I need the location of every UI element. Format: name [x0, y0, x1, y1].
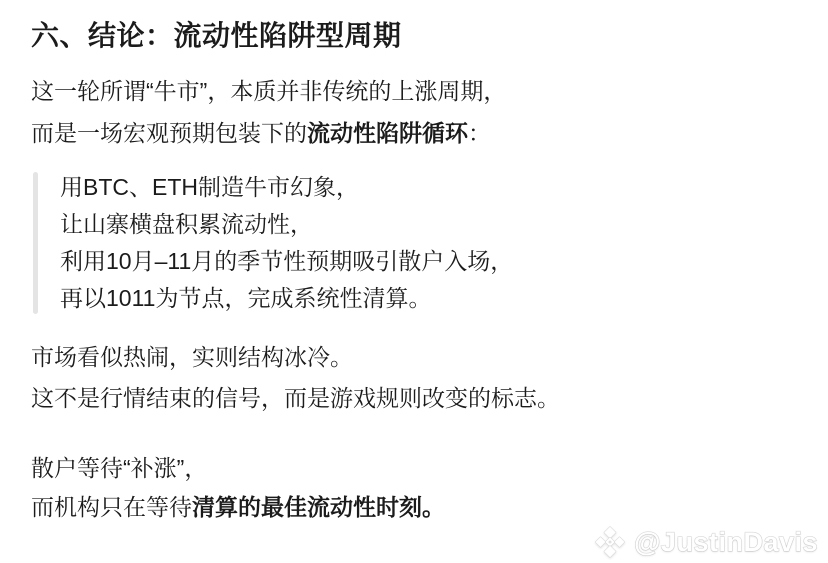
- intro-line-2-text: 而是一场宏观预期包装下的: [31, 120, 307, 146]
- page-title: 六、结论：流动性陷阱型周期: [31, 20, 800, 52]
- closing-line-1: 散户等待“补涨”，: [31, 449, 800, 488]
- market-line-2: 这不是行情结束的信号，而是游戏规则改变的标志。: [31, 378, 800, 419]
- quote-line: 用BTC、ETH制造牛市幻象，: [60, 169, 800, 206]
- closing-paragraph: 散户等待“补涨”， 而机构只在等待清算的最佳流动性时刻。: [31, 449, 800, 527]
- watermark-handle: @JustinDavis: [634, 527, 818, 558]
- quote-line: 再以1011为节点，完成系统性清算。: [60, 280, 800, 317]
- quote-block: 用BTC、ETH制造牛市幻象， 让山寨横盘积累流动性， 利用10月–11月的季节…: [31, 169, 800, 317]
- watermark: @JustinDavis: [593, 525, 818, 559]
- market-line-1: 市场看似热闹，实则结构冰冷。: [31, 337, 800, 378]
- closing-line-2: 而机构只在等待清算的最佳流动性时刻。: [31, 488, 800, 527]
- intro-line-2: 而是一场宏观预期包装下的流动性陷阱循环：: [31, 112, 800, 154]
- intro-line-1: 这一轮所谓“牛市”，本质并非传统的上涨周期，: [31, 70, 800, 112]
- closing-line-2-text: 而机构只在等待: [31, 494, 192, 520]
- intro-paragraph: 这一轮所谓“牛市”，本质并非传统的上涨周期， 而是一场宏观预期包装下的流动性陷阱…: [31, 70, 800, 154]
- binance-logo-icon: [593, 525, 627, 559]
- market-paragraph: 市场看似热闹，实则结构冰冷。 这不是行情结束的信号，而是游戏规则改变的标志。: [31, 337, 800, 419]
- quote-line: 让山寨横盘积累流动性，: [60, 206, 800, 243]
- quote-line: 利用10月–11月的季节性预期吸引散户入场，: [60, 243, 800, 280]
- closing-line-2-bold: 清算的最佳流动性时刻。: [192, 494, 445, 520]
- intro-line-2-colon: ：: [468, 120, 491, 146]
- intro-line-2-bold: 流动性陷阱循环: [307, 120, 468, 146]
- article: 六、结论：流动性陷阱型周期 这一轮所谓“牛市”，本质并非传统的上涨周期， 而是一…: [0, 0, 828, 527]
